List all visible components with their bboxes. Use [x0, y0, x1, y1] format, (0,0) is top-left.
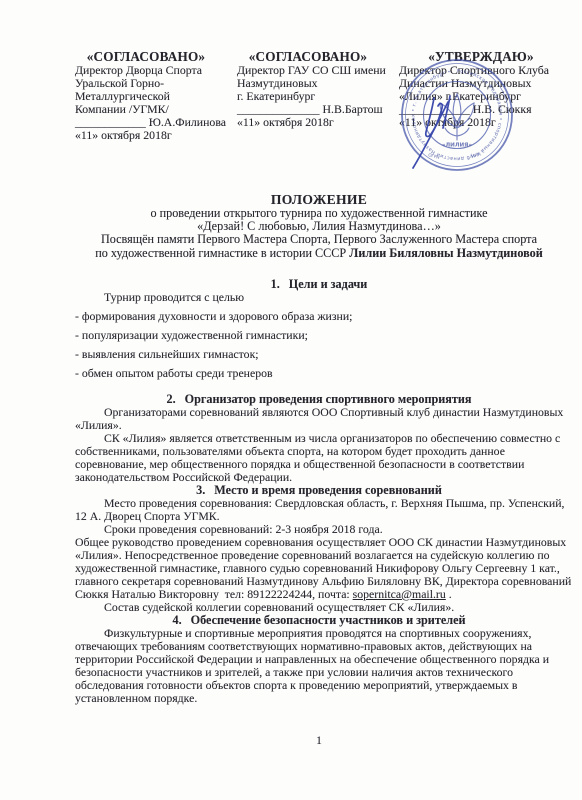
section-title: Обеспечение безопасности участников и зр… — [191, 613, 466, 627]
list-item: - обмен опытом работы среди тренеров — [75, 367, 563, 380]
doc-line: собственниками, пользователями объекта с… — [75, 445, 563, 458]
contact-text: Сюккя Наталью Викторовну тел: 8912222424… — [75, 587, 353, 601]
document-content: «СОГЛАСОВАНО» Директор Дворца Спорта Ура… — [75, 0, 563, 705]
email-link[interactable]: sopernitca@mail.ru — [353, 587, 446, 601]
doc-line: Сроки проведения соревнований: 2-3 ноябр… — [75, 523, 563, 536]
doc-line: Организаторами соревнований являются ООО… — [75, 406, 563, 419]
doc-line: отвечающих требованиям соответствующих н… — [75, 640, 563, 653]
approvals-header: «СОГЛАСОВАНО» Директор Дворца Спорта Ура… — [75, 50, 563, 142]
doc-line: «Лилия». — [75, 419, 563, 432]
approval-column-school: «СОГЛАСОВАНО» Директор ГАУ СО СШ имени Н… — [237, 50, 379, 142]
doc-line: безопасности участников и зрителей, а та… — [75, 666, 563, 679]
doc-line: 12 А. Дворец Спорта УГМК. — [75, 510, 563, 523]
section-number: 3. — [196, 483, 205, 497]
doc-line: обследования готовности объектов спорта … — [75, 679, 563, 692]
page-title: ПОЛОЖЕНИЕ — [75, 192, 563, 207]
approval-date: «11» октября 2018г — [237, 116, 379, 129]
list-item: - популяризации художественной гимнастик… — [75, 329, 563, 342]
section-heading-organizer: 2.Организатор проведения спортивного мер… — [75, 393, 563, 406]
doc-line: художественной гимнастике, главного судь… — [75, 562, 563, 575]
list-item: - выявления сильнейших гимнасток; — [75, 348, 563, 361]
doc-line: СК «Лилия» является ответственным из чис… — [75, 432, 563, 445]
contact-text: . — [446, 587, 452, 601]
approval-column-liliya: «УТВЕРЖДАЮ» Директор Спортивного Клуба Д… — [399, 50, 563, 142]
doc-line: Общее руководство проведением соревнован… — [75, 536, 563, 549]
section-heading-safety: 4.Обеспечение безопасности участников и … — [75, 614, 563, 627]
document-page: «СОГЛАСОВАНО» Директор Дворца Спорта Ура… — [0, 0, 582, 800]
doc-line: «Лилия». Непосредственное проведение сор… — [75, 549, 563, 562]
section-number: 2. — [167, 392, 176, 406]
section-title: Место и время проведения соревнований — [214, 483, 442, 497]
section-heading-venue: 3.Место и время проведения соревнований — [75, 484, 563, 497]
doc-line: Физкультурные и спортивные мероприятия п… — [75, 627, 563, 640]
approval-heading: «УТВЕРЖДАЮ» — [399, 50, 563, 64]
doc-line: Турнир проводится с целью — [75, 291, 563, 304]
doc-line-contacts: Сюккя Наталью Викторовну тел: 8912222424… — [75, 588, 563, 601]
approval-date: «11» октября 2018г — [75, 129, 217, 142]
section-heading-goals: 1.Цели и задачи — [75, 278, 563, 291]
doc-line: территории Российской Федерации и направ… — [75, 653, 563, 666]
section-title: Цели и задачи — [289, 277, 368, 291]
title-line-normal: по художественной гимнастике в истории С… — [95, 246, 349, 260]
section-number: 4. — [172, 613, 181, 627]
approval-heading: «СОГЛАСОВАНО» — [237, 50, 379, 64]
section-number: 1. — [271, 277, 280, 291]
section-title: Организатор проведения спортивного мероп… — [185, 392, 472, 406]
list-item: - формирования духовности и здорового об… — [75, 310, 563, 323]
title-line-bold: Лилии Биляловны Назмутдиновой — [349, 246, 542, 260]
doc-line: Место проведения соревнования: Свердловс… — [75, 497, 563, 510]
document-title-block: ПОЛОЖЕНИЕ о проведении открытого турнира… — [75, 192, 563, 260]
approval-date: «11» октября 2018г — [399, 116, 563, 129]
approval-heading: «СОГЛАСОВАНО» — [75, 50, 217, 64]
goals-list: - формирования духовности и здорового об… — [75, 310, 563, 380]
title-line: по художественной гимнастике в истории С… — [75, 247, 563, 260]
doc-line: установленном порядке. — [75, 692, 563, 705]
doc-line: соревнование, мер общественного порядка … — [75, 458, 563, 471]
page-number: 1 — [75, 735, 563, 747]
approval-column-ugmk: «СОГЛАСОВАНО» Директор Дворца Спорта Ура… — [75, 50, 217, 142]
